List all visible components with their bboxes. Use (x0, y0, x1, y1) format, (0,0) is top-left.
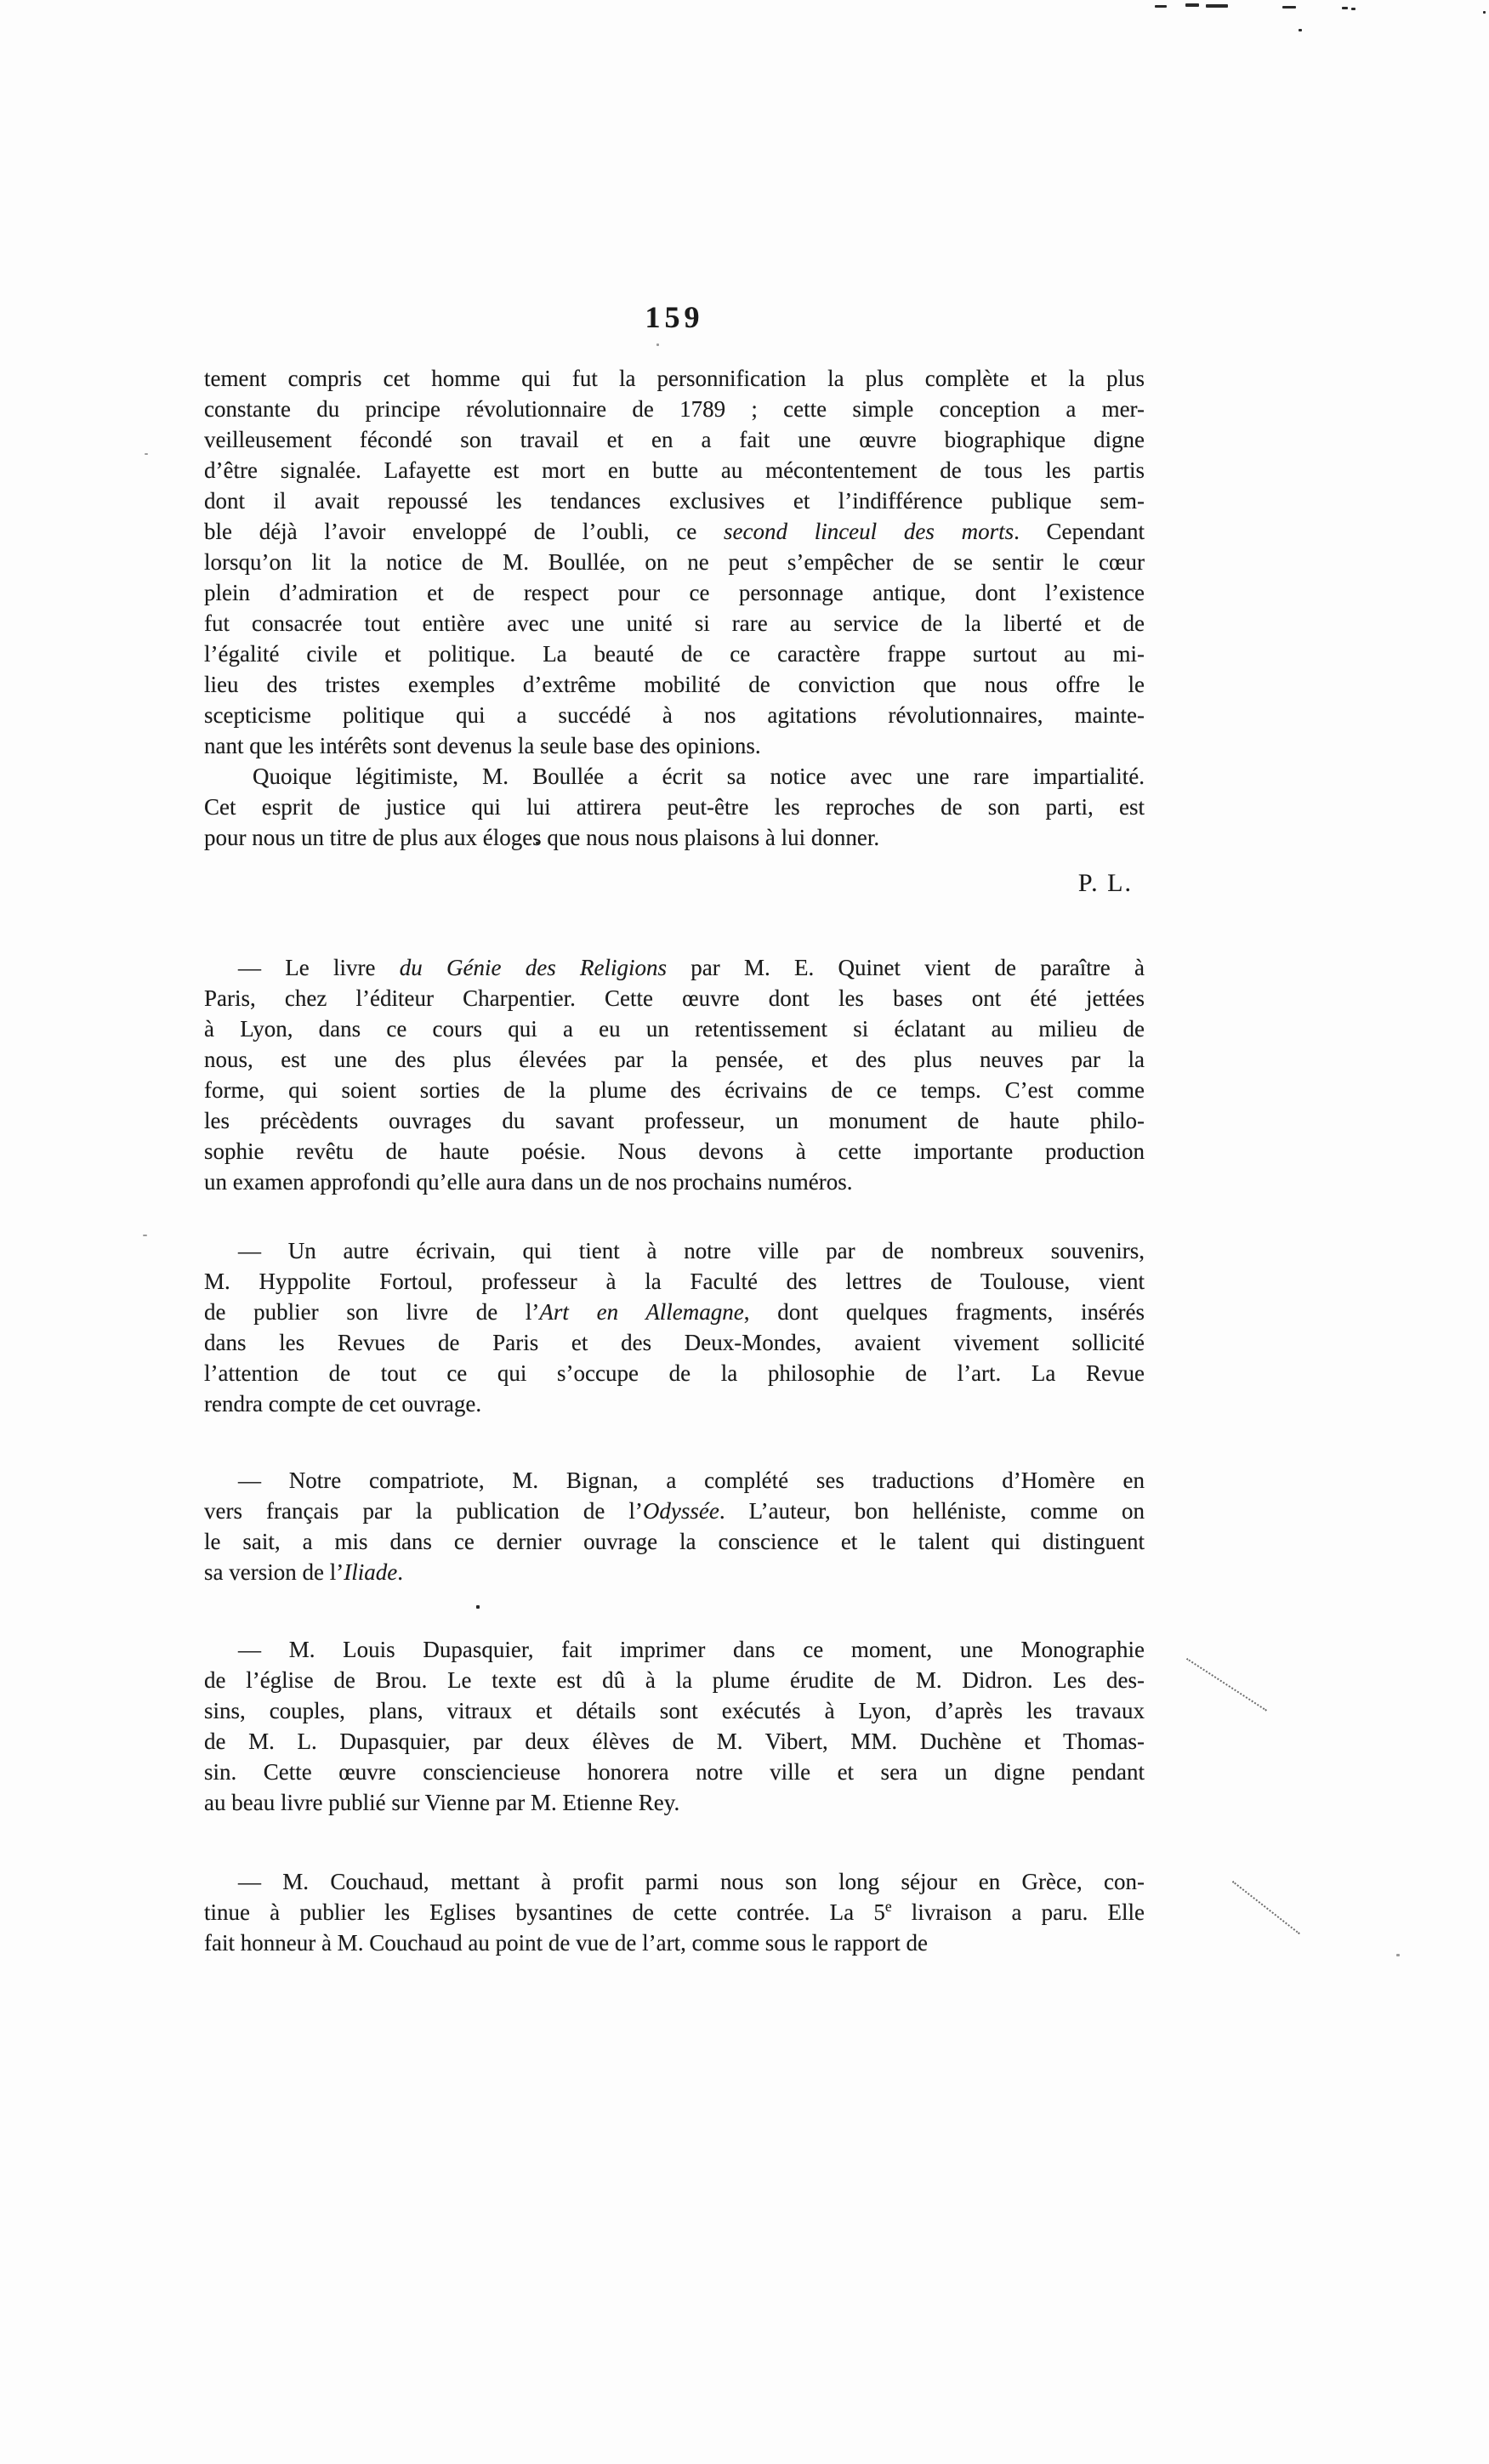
text-line: veilleusement fécondé son travail et en … (204, 424, 1145, 455)
text-line: Cet esprit de justice qui lui attirera p… (204, 792, 1145, 822)
text-line: forme, qui soient sorties de la plume de… (204, 1075, 1145, 1105)
paragraph-bignan: — Notre compatriote, M. Bignan, a complé… (204, 1465, 1145, 1587)
scanned-page: 159 tement compris cet homme qui fut la … (0, 0, 1489, 2464)
text-line: l’attention de tout ce qui s’occupe de l… (204, 1358, 1145, 1388)
text-line: fait honneur à M. Couchaud au point de v… (204, 1927, 1145, 1958)
text-line: plein d’admiration et de respect pour ce… (204, 577, 1145, 608)
paragraph-fortoul: — Un autre écrivain, qui tient à notre v… (204, 1235, 1145, 1419)
text-line: dont il avait repoussé les tendances exc… (204, 485, 1145, 516)
text-line: sins, couples, plans, vitraux et détails… (204, 1695, 1145, 1726)
ink-speck-artifact (145, 453, 148, 455)
text-line: — M. Couchaud, mettant à profit parmi no… (204, 1866, 1145, 1897)
paragraph-dupasquier: — M. Louis Dupasquier, fait imprimer dan… (204, 1634, 1145, 1818)
text-line: le sait, a mis dans ce dernier ouvrage l… (204, 1526, 1145, 1557)
page-number: 159 (204, 299, 1145, 335)
text-line: de l’église de Brou. Le texte est dû à l… (204, 1665, 1145, 1695)
text-line: ble déjà l’avoir enveloppé de l’oubli, c… (204, 516, 1145, 547)
text-line: tement compris cet homme qui fut la pers… (204, 363, 1145, 394)
text-line: lorsqu’on lit la notice de M. Boullée, o… (204, 547, 1145, 577)
paragraph-couchaud: — M. Couchaud, mettant à profit parmi no… (204, 1866, 1145, 1958)
paragraph-boullee-notice: tement compris cet homme qui fut la pers… (204, 363, 1145, 761)
ink-speck-artifact (1206, 4, 1228, 8)
text-line: un examen approfondi qu’elle aura dans u… (204, 1167, 1145, 1197)
text-line: lieu des tristes exemples d’extrême mobi… (204, 669, 1145, 700)
text-line: l’égalité civile et politique. La beauté… (204, 639, 1145, 669)
text-line: sophie revêtu de haute poésie. Nous devo… (204, 1136, 1145, 1167)
text-line: vers français par la publication de l’Od… (204, 1496, 1145, 1526)
ink-speck-artifact (476, 1605, 480, 1609)
text-line: — M. Louis Dupasquier, fait imprimer dan… (204, 1634, 1145, 1665)
text-line: — Notre compatriote, M. Bignan, a complé… (204, 1465, 1145, 1496)
text-line: M. Hyppolite Fortoul, professeur à la Fa… (204, 1266, 1145, 1297)
ink-speck-artifact (1351, 8, 1355, 10)
ink-speck-artifact (1282, 6, 1296, 9)
text-line: — Un autre écrivain, qui tient à notre v… (204, 1235, 1145, 1266)
text-line: les précèdents ouvrages du savant profes… (204, 1105, 1145, 1136)
ink-speck-artifact (143, 1235, 147, 1236)
text-line: sin. Cette œuvre consciencieuse honorera… (204, 1757, 1145, 1787)
text-line: fut consacrée tout entière avec une unit… (204, 608, 1145, 639)
paragraph-genie-des-religions: — Le livre du Génie des Religions par M.… (204, 952, 1145, 1197)
scratch-artifact (1232, 1881, 1300, 1934)
scratch-artifact (1186, 1658, 1267, 1712)
text-line: au beau livre publié sur Vienne par M. E… (204, 1787, 1145, 1818)
ink-speck-artifact (1299, 29, 1302, 31)
ink-speck-artifact (1342, 7, 1348, 9)
ink-speck-artifact (656, 343, 659, 346)
text-line: nous, est une des plus élevées par la pe… (204, 1044, 1145, 1075)
ink-speck-artifact (1185, 3, 1199, 7)
text-line: Quoique légitimiste, M. Boullée a écrit … (204, 761, 1145, 792)
ink-speck-artifact (536, 842, 539, 844)
text-line: Paris, chez l’éditeur Charpentier. Cette… (204, 983, 1145, 1013)
ink-speck-artifact (1155, 5, 1167, 8)
text-line: à Lyon, dans ce cours qui a eu un retent… (204, 1013, 1145, 1044)
text-line: pour nous un titre de plus aux éloges qu… (204, 822, 1145, 853)
text-line: tinue à publier les Eglises bysantines d… (204, 1897, 1145, 1927)
text-line: nant que les intérêts sont devenus la se… (204, 730, 1145, 761)
text-line: de M. L. Dupasquier, par deux élèves de … (204, 1726, 1145, 1757)
text-line: scepticisme politique qui a succédé à no… (204, 700, 1145, 730)
text-line: de publier son livre de l’Art en Allemag… (204, 1297, 1145, 1327)
text-line: sa version de l’Iliade. (204, 1557, 1145, 1587)
paragraph-quoique-legitimiste: Quoique légitimiste, M. Boullée a écrit … (204, 761, 1145, 853)
text-line: dans les Revues de Paris et des Deux-Mon… (204, 1327, 1145, 1358)
text-line: d’être signalée. Lafayette est mort en b… (204, 455, 1145, 485)
text-line: rendra compte de cet ouvrage. (204, 1388, 1145, 1419)
signature-initials: P. L. (204, 869, 1133, 898)
ink-speck-artifact (1483, 11, 1486, 14)
ink-speck-artifact (1396, 1954, 1400, 1956)
text-line: — Le livre du Génie des Religions par M.… (204, 952, 1145, 983)
text-line: constante du principe révolutionnaire de… (204, 394, 1145, 424)
